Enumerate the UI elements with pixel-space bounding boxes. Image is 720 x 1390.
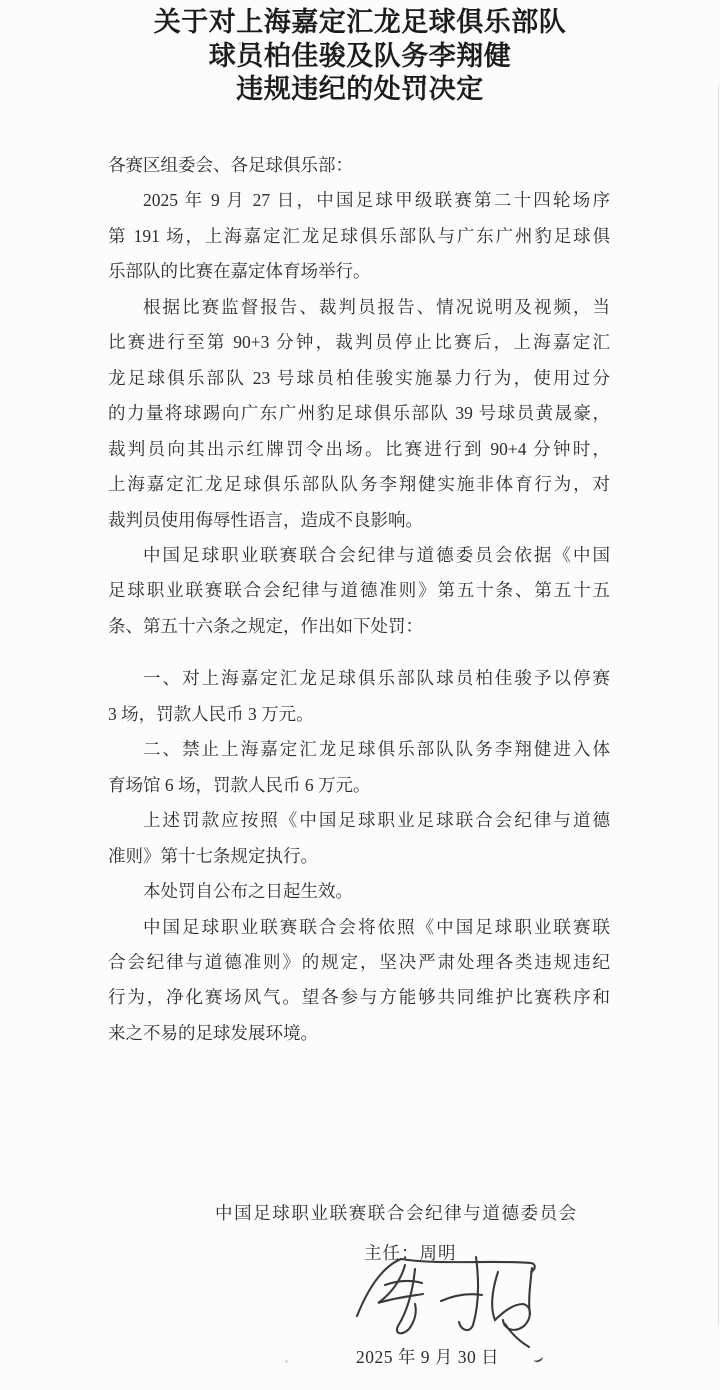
document-line: 裁判员向其出示红牌罚令出场。比赛进行到 90+4 分钟时， xyxy=(108,432,610,467)
document-line: 乐部队的比赛在嘉定体育场举行。 xyxy=(108,254,610,289)
document-title: 关于对上海嘉定汇龙足球俱乐部队球员柏佳骏及队务李翔健违规违纪的处罚决定 xyxy=(0,6,720,107)
document-line: 球员柏佳骏及队务李翔健 xyxy=(0,40,720,74)
document-line: 一、对上海嘉定汇龙足球俱乐部队球员柏佳骏予以停赛 xyxy=(108,661,610,696)
document-line: 2025 年 9 月 27 日，中国足球甲级联赛第二十四轮场序 xyxy=(108,183,610,218)
document-line: 比赛进行至第 90+3 分钟，裁判员停止比赛后，上海嘉定汇 xyxy=(108,325,610,360)
document-line: 中国足球职业联赛联合会将依照《中国足球职业联赛联 xyxy=(108,910,610,945)
document-line: 来之不易的足球发展环境。 xyxy=(108,1016,610,1051)
committee-name: 中国足球职业联赛联合会纪律与道德委员会 xyxy=(215,1200,578,1225)
document-line: 条、第五十六条之规定，作出如下处罚： xyxy=(108,609,610,644)
scan-artifact-line xyxy=(718,85,719,1325)
document-line: 龙足球俱乐部队 23 号球员柏佳骏实施暴力行为，使用过分 xyxy=(108,361,610,396)
document-line: 根据比赛监督报告、裁判员报告、情况说明及视频，当 xyxy=(108,290,610,325)
document-line: 二、禁止上海嘉定汇龙足球俱乐部队队务李翔健进入体 xyxy=(108,732,610,767)
document-line: 合会纪律与道德准则》的规定，坚决严肃处理各类违规违纪 xyxy=(108,945,610,980)
handwritten-signature-icon xyxy=(345,1252,570,1350)
scan-speckle xyxy=(285,1360,288,1363)
document-line: 裁判员使用侮辱性语言，造成不良影响。 xyxy=(108,503,610,538)
document-body-part-a: 各赛区组委会、各足球俱乐部：2025 年 9 月 27 日，中国足球甲级联赛第二… xyxy=(108,148,610,644)
document-body: 各赛区组委会、各足球俱乐部：2025 年 9 月 27 日，中国足球甲级联赛第二… xyxy=(108,148,610,1051)
document-line: 上述罚款应按照《中国足球职业足球联合会纪律与道德 xyxy=(108,803,610,838)
document-line: 违规违纪的处罚决定 xyxy=(0,73,720,107)
document-line: 的力量将球踢向广东广州豹足球俱乐部队 39 号球员黄晟豪， xyxy=(108,396,610,431)
document-line: 3 场，罚款人民币 3 万元。 xyxy=(108,697,610,732)
document-line: 中国足球职业联赛联合会纪律与道德委员会依据《中国 xyxy=(108,538,610,573)
document-line: 关于对上海嘉定汇龙足球俱乐部队 xyxy=(0,6,720,40)
document-line: 准则》第十七条规定执行。 xyxy=(108,839,610,874)
document-line: 上海嘉定汇龙足球俱乐部队队务李翔健实施非体育行为，对 xyxy=(108,467,610,502)
document-body-part-b: 一、对上海嘉定汇龙足球俱乐部队球员柏佳骏予以停赛3 场，罚款人民币 3 万元。二… xyxy=(108,661,610,1051)
document-line: 行为，净化赛场风气。望各参与方能够共同维护比赛秩序和 xyxy=(108,980,610,1015)
document-line: 各赛区组委会、各足球俱乐部： xyxy=(108,148,610,183)
document-line: 本处罚自公布之日起生效。 xyxy=(108,874,610,909)
document-line: 第 191 场，上海嘉定汇龙足球俱乐部队与广东广州豹足球俱 xyxy=(108,219,610,254)
document-line: 足球职业联赛联合会纪律与道德准则》第五十条、第五十五 xyxy=(108,573,610,608)
pen-mark xyxy=(532,1352,544,1363)
document-page: 关于对上海嘉定汇龙足球俱乐部队球员柏佳骏及队务李翔健违规违纪的处罚决定 各赛区组… xyxy=(0,0,720,1390)
scan-speckle xyxy=(238,42,241,45)
document-date: 2025 年 9 月 30 日 xyxy=(356,1344,499,1369)
document-line: 育场馆 6 场，罚款人民币 6 万元。 xyxy=(108,768,610,803)
